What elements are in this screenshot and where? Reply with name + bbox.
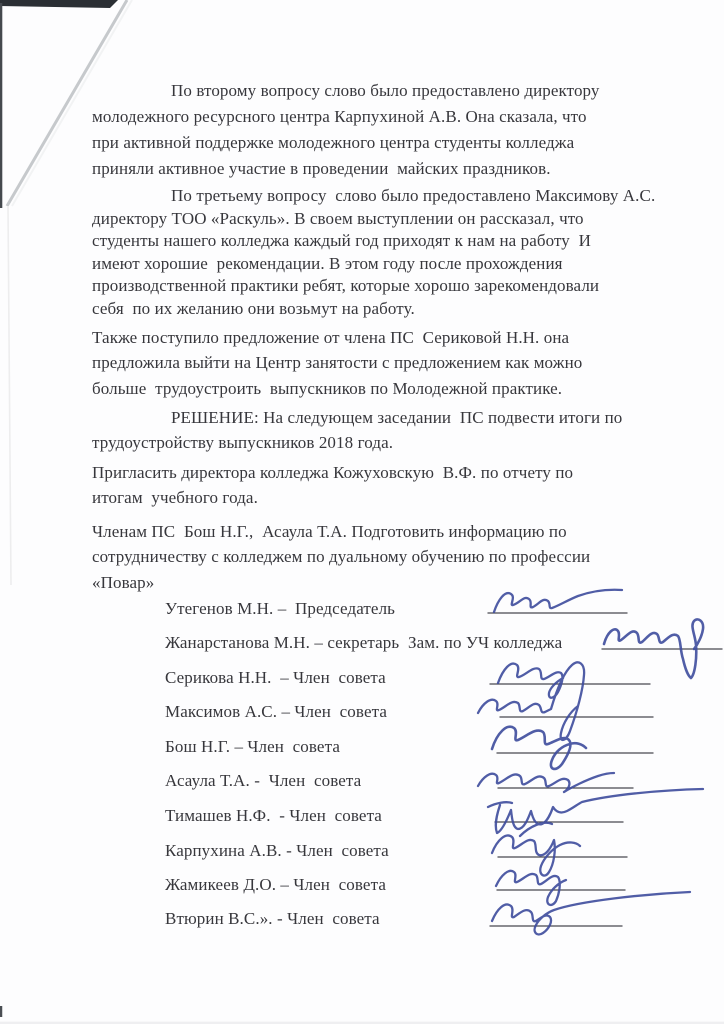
signature-lines bbox=[488, 613, 722, 926]
paragraph-members-task: Членам ПС Бош Н.Г., Асаула Т.А. Подготов… bbox=[92, 519, 680, 595]
signature-ink-timashev bbox=[488, 789, 703, 833]
signature-ink-bosh bbox=[492, 727, 586, 769]
paragraph-proposal: Также поступило предложение от члена ПС … bbox=[92, 325, 680, 401]
signature-ink-maksimov bbox=[478, 662, 584, 739]
signatory-row-zhamikeev: Жамикеев Д.О. – Член совета bbox=[165, 874, 386, 896]
signature-ink-zhamikeev bbox=[496, 871, 566, 905]
scan-corner-dark-strip bbox=[0, 0, 118, 8]
signatory-row-utegenov: Утегенов М.Н. – Председатель bbox=[165, 598, 395, 620]
paragraph-question-three: По третьему вопросу слово было предостав… bbox=[92, 185, 680, 321]
paragraph-question-two: По второму вопросу слово было предоставл… bbox=[92, 78, 680, 182]
signatory-row-vtyurin: Втюрин В.С.». - Член совета bbox=[165, 908, 380, 930]
signatory-row-timashev: Тимашев Н.Ф. - Член совета bbox=[165, 805, 382, 827]
paragraph-decision: РЕШЕНИЕ: На следующем заседании ПС подве… bbox=[92, 405, 680, 456]
signatory-row-karpukhina: Карпухина А.В. - Член совета bbox=[165, 840, 389, 862]
paragraph-invite-director: Пригласить директора колледжа Кожуховску… bbox=[92, 460, 680, 511]
signature-ink-zhanarstanova bbox=[604, 619, 703, 678]
signature-ink-serikova bbox=[498, 664, 563, 698]
signatory-row-bosh: Бош Н.Г. – Член совета bbox=[165, 736, 340, 758]
signature-ink-asaula bbox=[478, 773, 614, 792]
signatory-row-maksimov: Максимов А.С. – Член совета bbox=[165, 701, 387, 723]
signatory-row-serikova: Серикова Н.Н. – Член совета bbox=[165, 667, 386, 689]
signatory-row-zhanarstanova: Жанарстанова М.Н. – секретарь Зам. по УЧ… bbox=[165, 632, 562, 654]
signature-ink-vtyurin bbox=[492, 892, 690, 934]
page-edge-faint-vertical bbox=[8, 206, 11, 585]
scanned-document-page: По второму вопросу слово было предоставл… bbox=[0, 0, 724, 1024]
signatory-row-asaula: Асаула Т.А. - Член совета bbox=[165, 770, 361, 792]
signature-ink-karpukhina bbox=[492, 823, 580, 876]
